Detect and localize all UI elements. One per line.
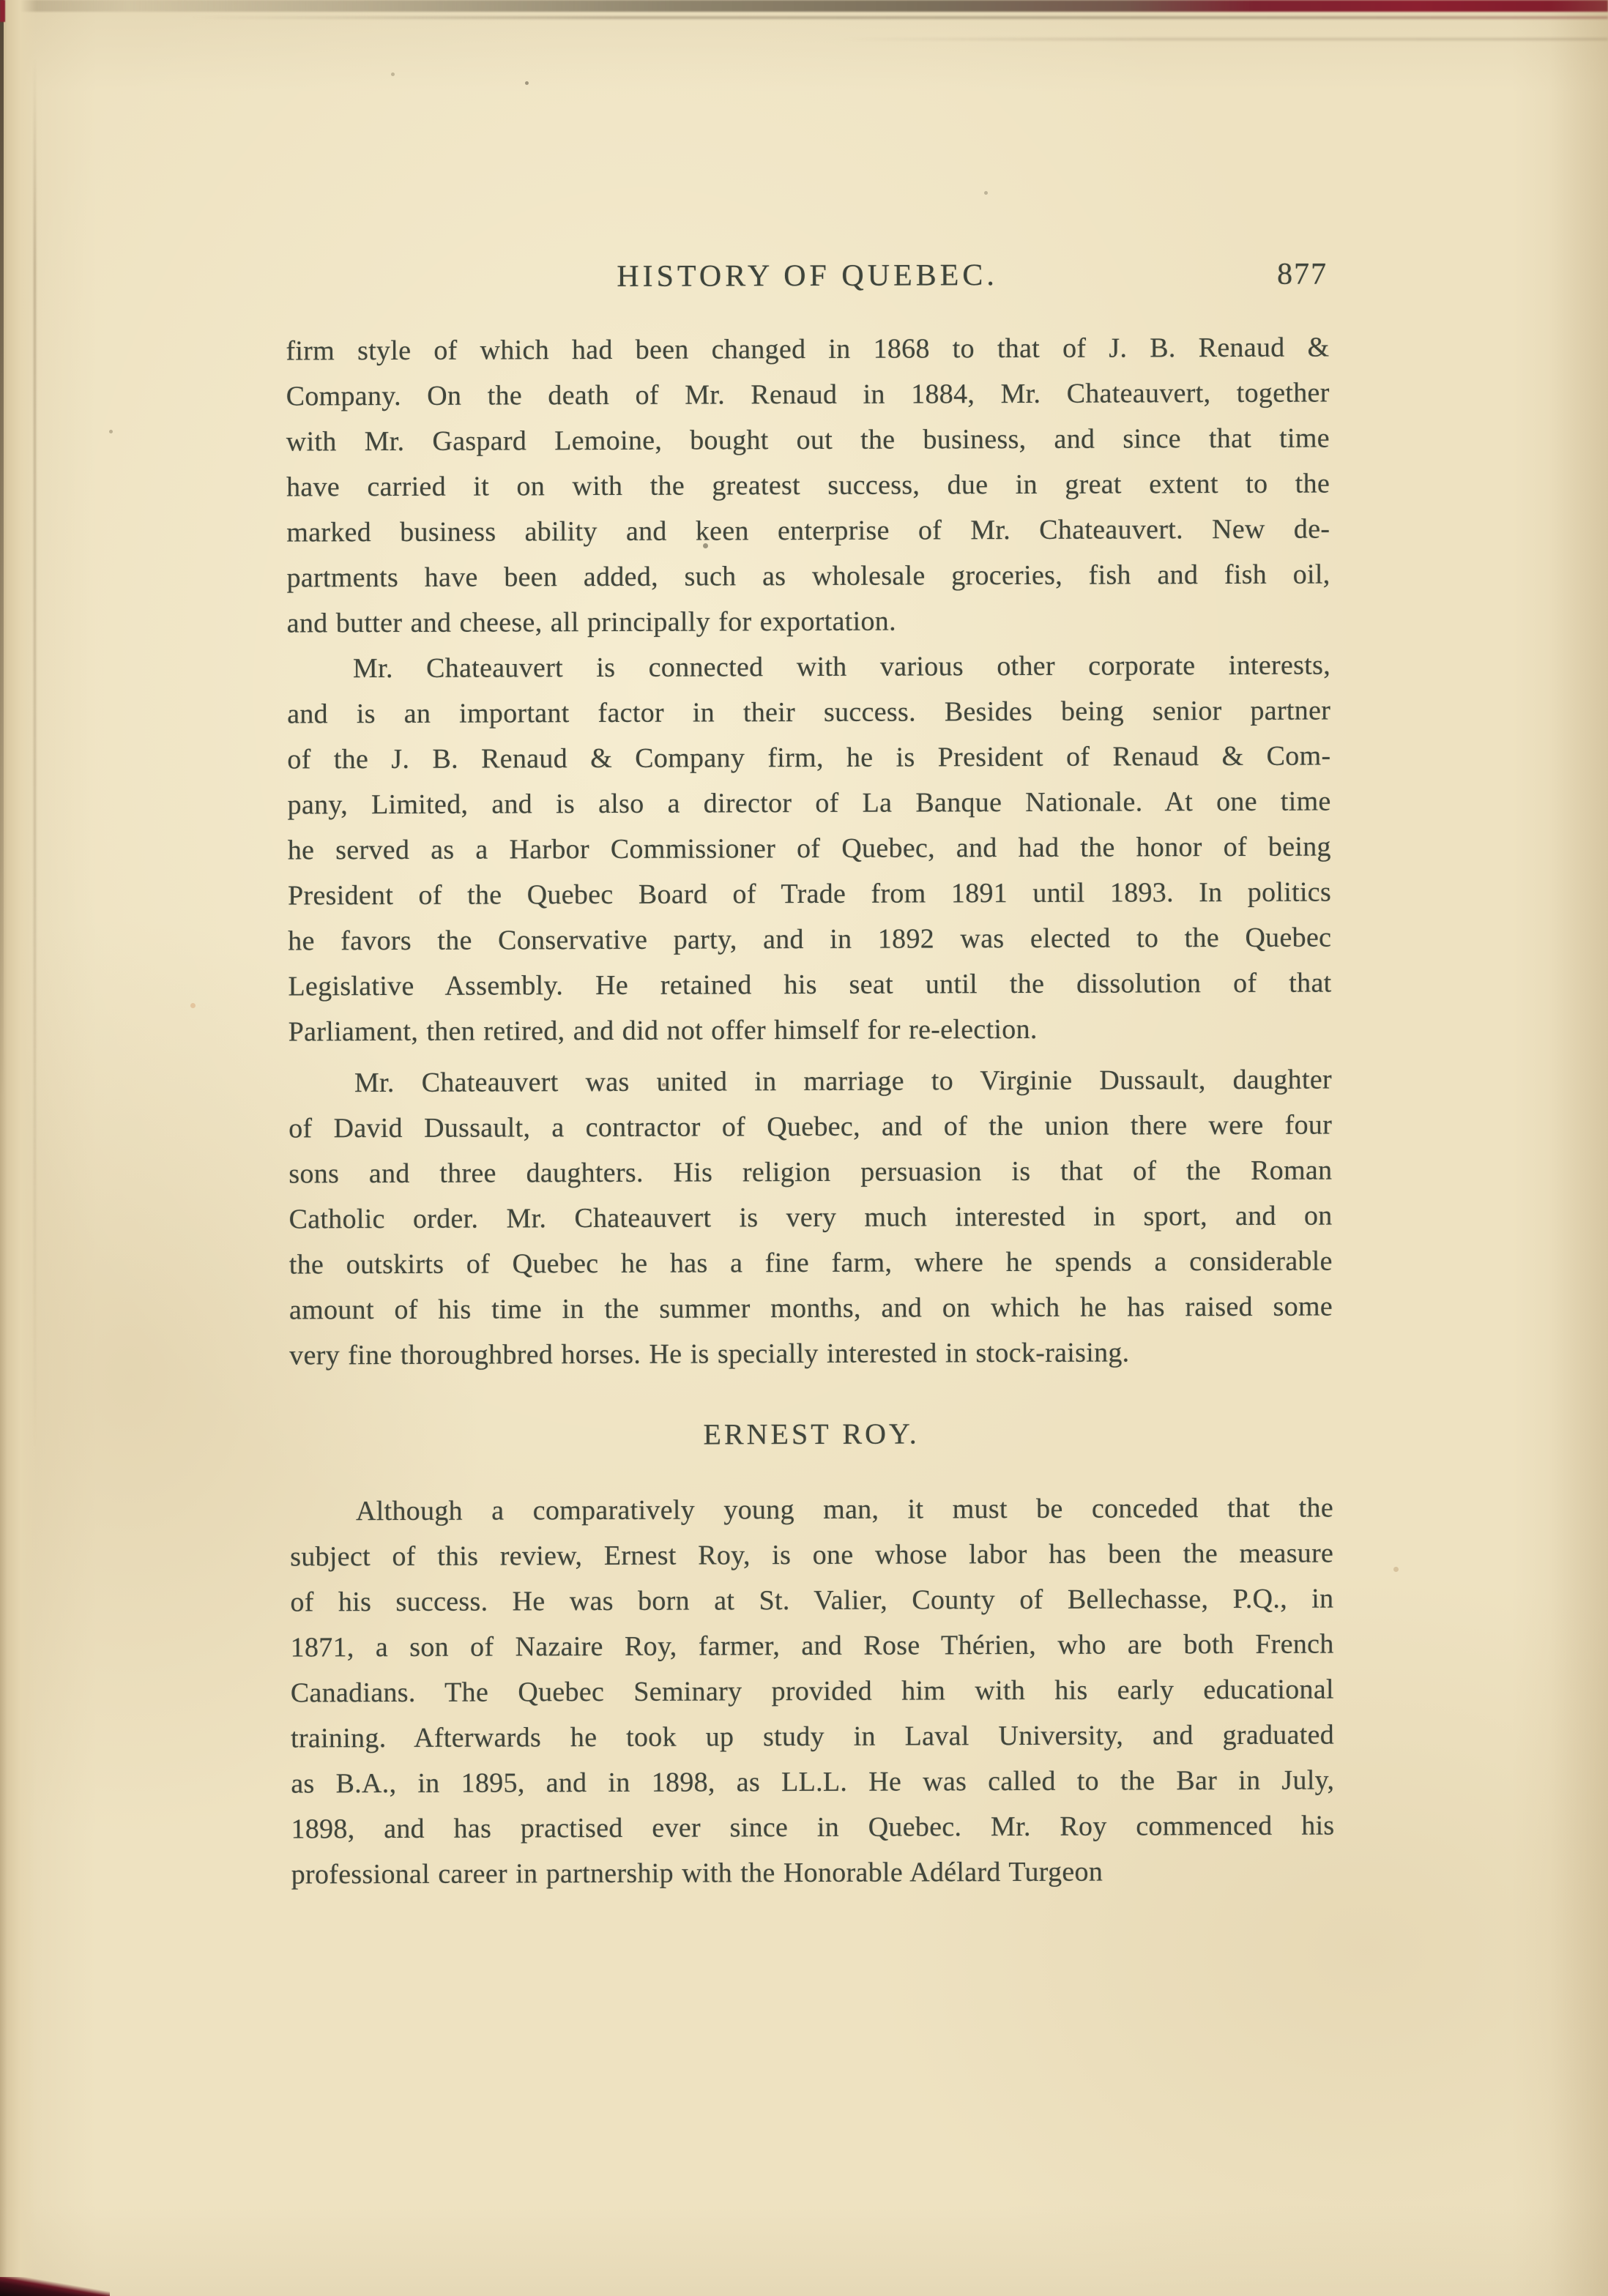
paper-specks bbox=[0, 0, 2, 2]
text-line: and is an important factor in their succ… bbox=[287, 688, 1330, 737]
text-line: subject of this review, Ernest Roy, is o… bbox=[290, 1531, 1333, 1580]
header-title: HISTORY OF QUEBEC. bbox=[617, 258, 998, 294]
text-line: Mr. Chateauvert was united in marriage t… bbox=[289, 1057, 1332, 1106]
text-line: Although a comparatively young man, it m… bbox=[290, 1486, 1333, 1535]
text-line: President of the Quebec Board of Trade f… bbox=[288, 870, 1331, 919]
text-line: Mr. Chateauvert is connected with variou… bbox=[287, 643, 1330, 692]
text-line: firm style of which had been changed in … bbox=[286, 325, 1329, 374]
text-line: Legislative Assembly. He retained his se… bbox=[288, 961, 1331, 1010]
book-cover-top-edge bbox=[0, 0, 1608, 12]
cover-bottom-left-corner bbox=[0, 2277, 110, 2296]
paragraph: firm style of which had been changed in … bbox=[286, 325, 1330, 646]
text-line: with Mr. Gaspard Lemoine, bought out the… bbox=[286, 416, 1330, 465]
text-line: of the J. B. Renaud & Company firm, he i… bbox=[287, 734, 1330, 783]
text-line: Catholic order. Mr. Chateauvert is very … bbox=[289, 1193, 1332, 1242]
page-crease bbox=[34, 59, 36, 1450]
text-line: training. Afterwards he took up study in… bbox=[291, 1712, 1334, 1762]
text-line: of David Dussault, a contractor of Quebe… bbox=[289, 1103, 1332, 1152]
text-line: have carried it on with the greatest suc… bbox=[286, 461, 1330, 510]
page-stack-left-edge bbox=[0, 0, 37, 2296]
page-stack-top-line-2 bbox=[842, 38, 1608, 40]
text-line: of his success. He was born at St. Valie… bbox=[290, 1576, 1333, 1625]
text-line: the outskirts of Quebec he has a fine fa… bbox=[289, 1239, 1333, 1288]
section-heading: ERNEST ROY. bbox=[290, 1410, 1333, 1459]
text-line: he favors the Conservative party, and in… bbox=[288, 915, 1331, 964]
page-right-shading bbox=[1549, 0, 1608, 2296]
cover-red-left-corner bbox=[0, 0, 5, 22]
page-number: 877 bbox=[1277, 256, 1328, 293]
text-line: professional career in partnership with … bbox=[291, 1848, 1335, 1897]
text-line: 1871, a son of Nazaire Roy, farmer, and … bbox=[291, 1622, 1334, 1671]
book-page-scan: HISTORY OF QUEBEC. 877 firm style of whi… bbox=[0, 0, 1608, 2296]
text-line: sons and three daughters. His religion p… bbox=[289, 1148, 1332, 1197]
binding-left-dark-line bbox=[0, 0, 4, 1098]
text-line: pany, Limited, and is also a director of… bbox=[287, 779, 1330, 828]
page-content: HISTORY OF QUEBEC. 877 firm style of whi… bbox=[286, 256, 1335, 1898]
text-line: as B.A., in 1895, and in 1898, as LL.L. … bbox=[291, 1758, 1334, 1807]
text-line: amount of his time in the summer months,… bbox=[289, 1284, 1333, 1333]
body-text: firm style of which had been changed in … bbox=[286, 325, 1334, 1898]
running-header: HISTORY OF QUEBEC. 877 bbox=[286, 256, 1329, 298]
paragraph: Mr. Chateauvert was united in marriage t… bbox=[289, 1057, 1333, 1379]
text-line: partments have been added, such as whole… bbox=[286, 552, 1330, 601]
text-line: and butter and cheese, all principally f… bbox=[287, 597, 1330, 646]
text-line: Company. On the death of Mr. Renaud in 1… bbox=[286, 370, 1330, 420]
paragraph: Although a comparatively young man, it m… bbox=[290, 1486, 1335, 1898]
text-line: 1898, and has practised ever since in Qu… bbox=[291, 1803, 1334, 1852]
text-line: very fine thoroughbred horses. He is spe… bbox=[289, 1330, 1333, 1379]
page-stack-top-line bbox=[190, 16, 1608, 19]
text-line: Parliament, then retired, and did not of… bbox=[289, 1006, 1332, 1055]
text-line: he served as a Harbor Commissioner of Qu… bbox=[288, 824, 1331, 873]
text-line: Canadians. The Quebec Seminary provided … bbox=[291, 1667, 1334, 1716]
paragraph: Mr. Chateauvert is connected with variou… bbox=[287, 643, 1332, 1055]
text-line: marked business ability and keen enterpr… bbox=[286, 507, 1330, 556]
